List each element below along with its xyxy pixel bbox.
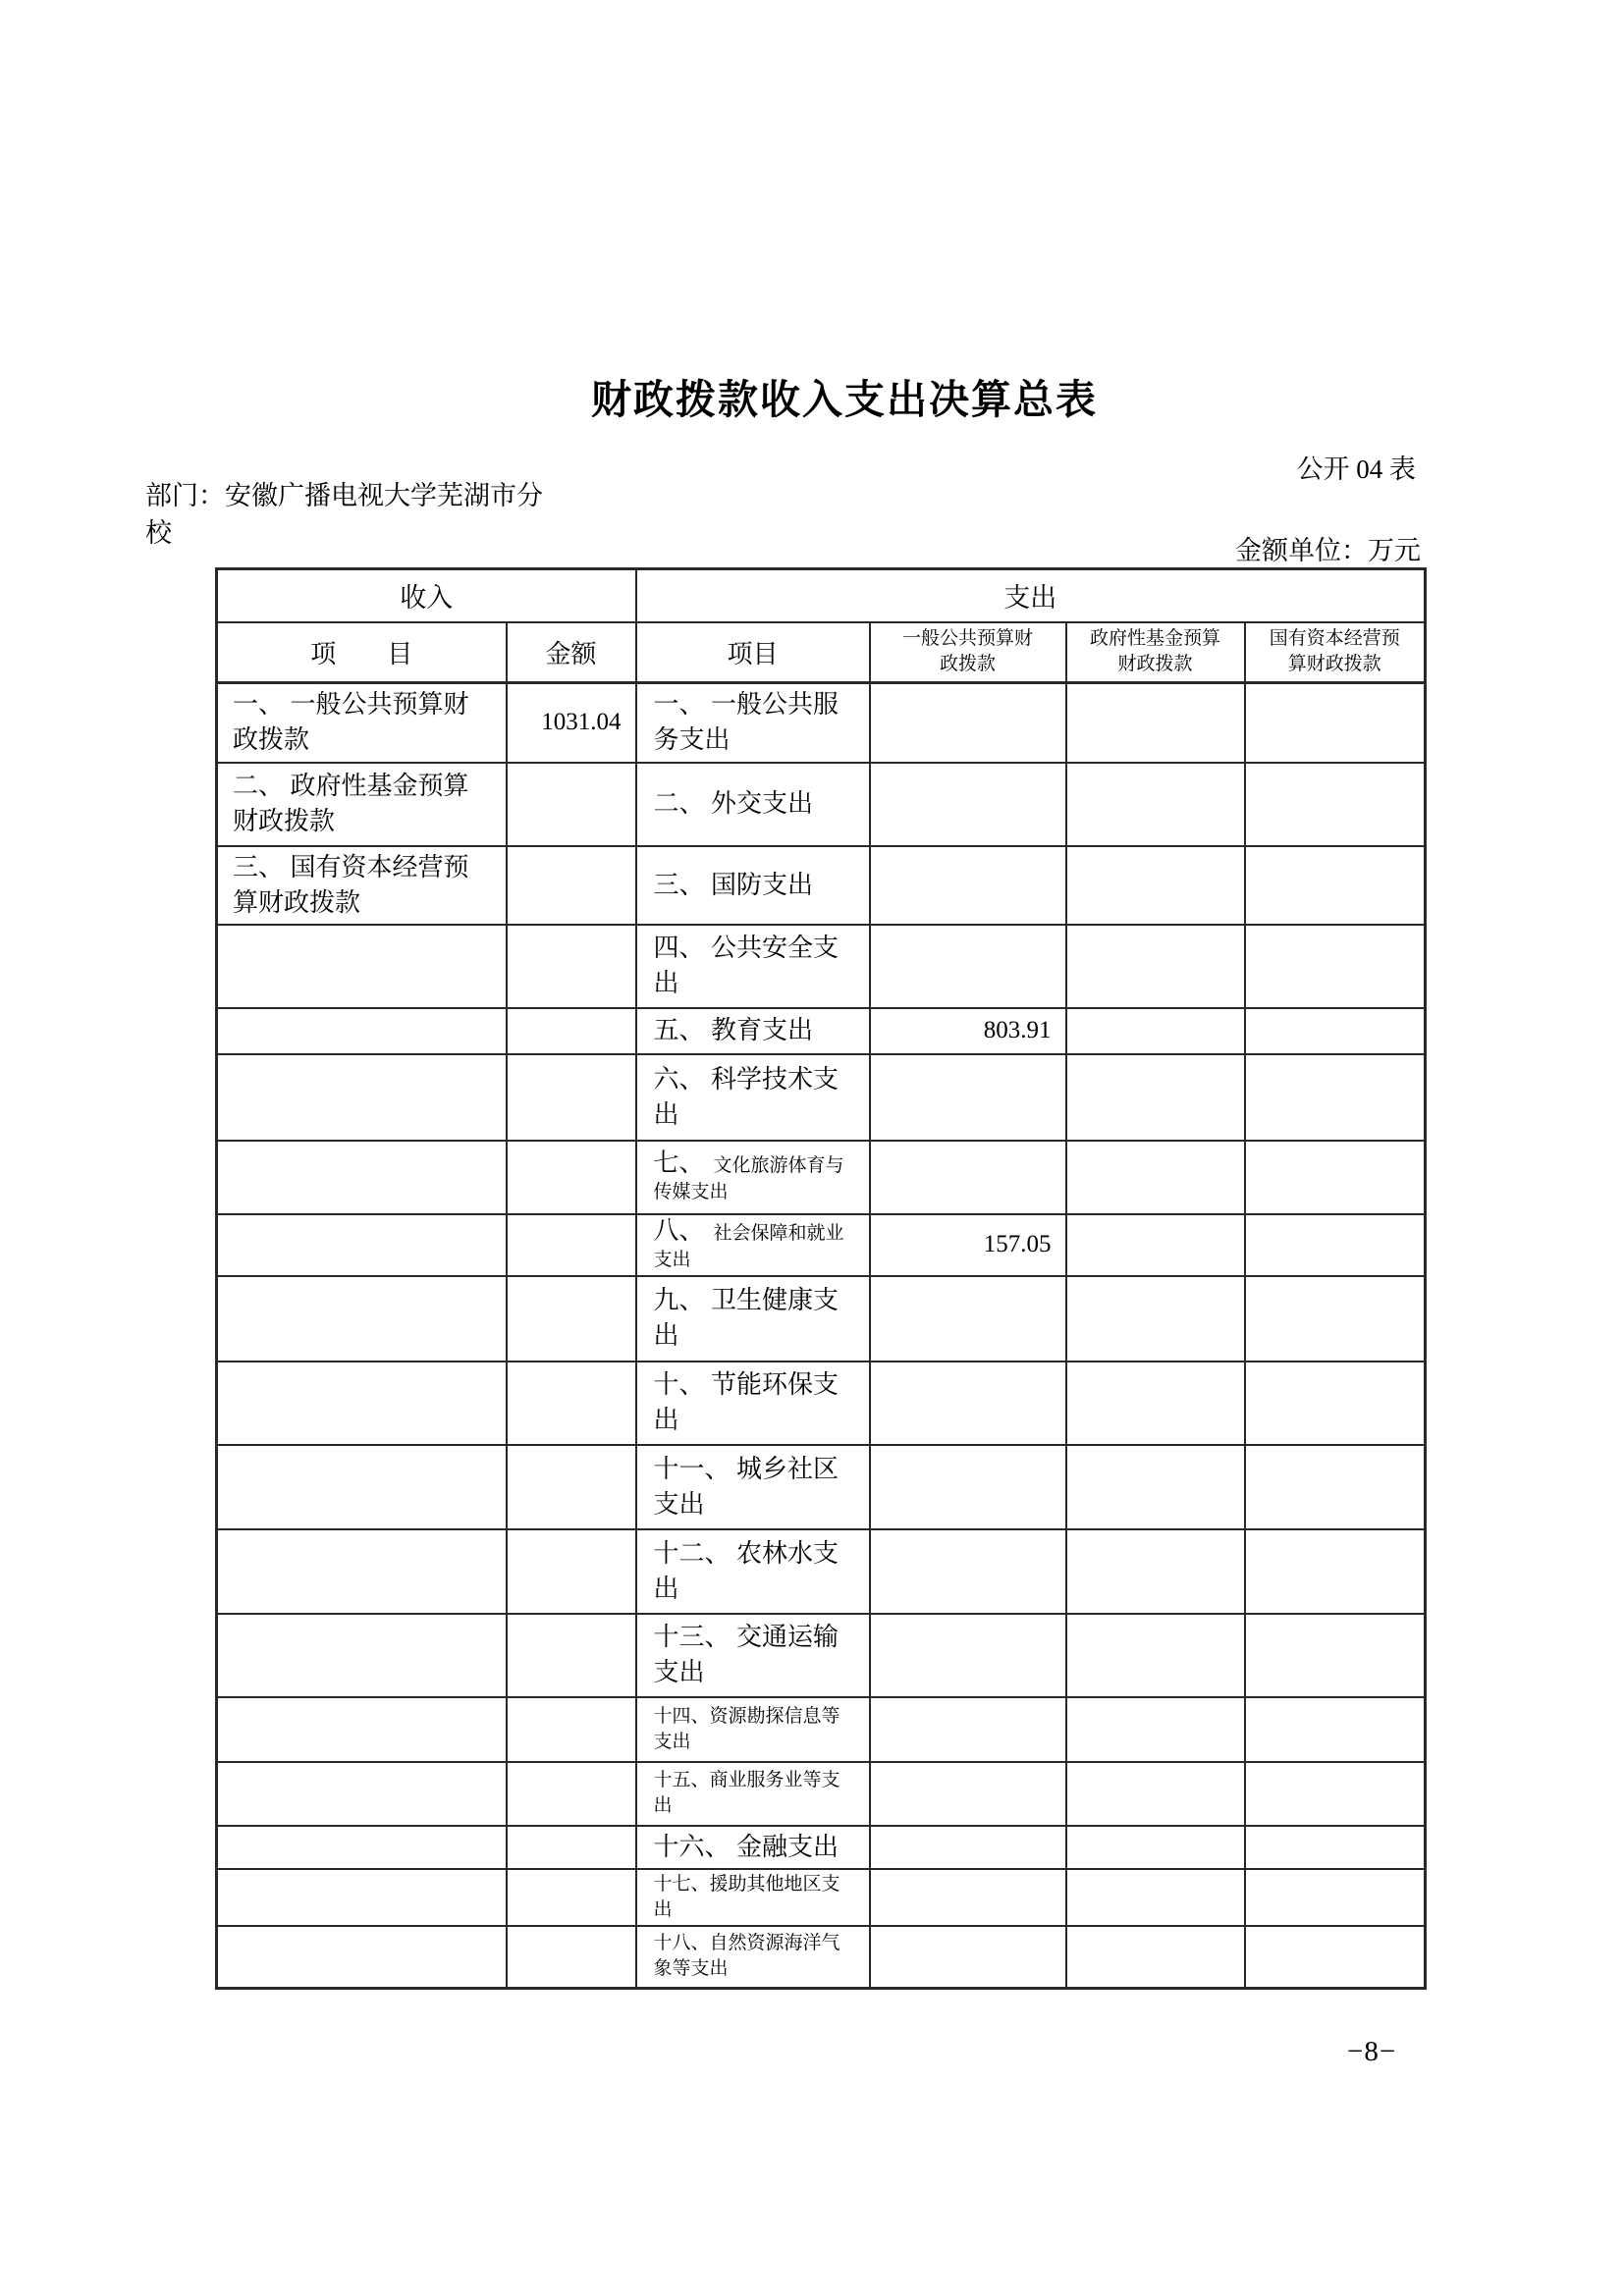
table-row: 九、 卫生健康支出	[217, 1276, 1426, 1362]
expense-amount-fund-cell	[1066, 1445, 1245, 1529]
section-header-row: 收入 支出	[217, 569, 1426, 622]
expense-item-cell: 十七、援助其他地区支出	[636, 1869, 870, 1926]
income-amount-cell	[507, 1276, 636, 1362]
expense-item-ordinal: 八、	[654, 1216, 705, 1245]
income-amount-cell	[507, 1054, 636, 1141]
expense-amount-capital-cell	[1245, 1276, 1426, 1362]
expense-amount-fund-cell	[1066, 1762, 1245, 1826]
expense-amount-fund-cell	[1066, 763, 1245, 846]
expense-item-cell: 十六、 金融支出	[636, 1826, 870, 1869]
expense-amount-capital-cell	[1245, 1214, 1426, 1276]
expense-item-cell: 十四、资源勘探信息等支出	[636, 1697, 870, 1762]
page-title: 财政拨款收入支出决算总表	[65, 367, 1624, 425]
expense-item-cell: 五、 教育支出	[636, 1008, 870, 1054]
expense-item-cell: 九、 卫生健康支出	[636, 1276, 870, 1362]
income-item-cell	[217, 1008, 507, 1054]
expense-amount-fund-cell	[1066, 1276, 1245, 1362]
income-amount-cell	[507, 1529, 636, 1614]
expense-item-cell: 二、 外交支出	[636, 763, 870, 846]
expense-amount-fund-cell	[1066, 1614, 1245, 1697]
expense-amount-general-cell	[870, 1054, 1066, 1141]
income-section-header: 收入	[217, 569, 636, 622]
expense-amount-fund-cell	[1066, 846, 1245, 925]
expense-amount-general-cell	[870, 683, 1066, 763]
table-row: 七、文化旅游体育与传媒支出	[217, 1141, 1426, 1214]
table-row: 四、 公共安全支出	[217, 925, 1426, 1008]
expense-amount-fund-cell	[1066, 1697, 1245, 1762]
expense-amount-fund-cell	[1066, 683, 1245, 763]
expense-amount-capital-cell	[1245, 1054, 1426, 1141]
expense-amount-fund-cell	[1066, 925, 1245, 1008]
expense-amount-fund-cell	[1066, 1926, 1245, 1989]
expense-amount-fund-cell	[1066, 1362, 1245, 1445]
income-amount-cell	[507, 1362, 636, 1445]
income-item-cell: 二、 政府性基金预算财政拨款	[217, 763, 507, 846]
expense-amount-capital-cell	[1245, 1362, 1426, 1445]
expense-amount-fund-cell	[1066, 1008, 1245, 1054]
income-amount-cell	[507, 925, 636, 1008]
budget-table: 收入 支出 项 目 金额 项目 一般公共预算财政拨款 政府性基金预算财政拨款 国…	[215, 567, 1427, 1990]
income-item-cell	[217, 1926, 507, 1989]
table-row: 八、社会保障和就业支出 157.05	[217, 1214, 1426, 1276]
income-item-cell: 一、 一般公共预算财政拨款	[217, 683, 507, 763]
expense-amount-capital-cell	[1245, 1141, 1426, 1214]
table-row: 十一、 城乡社区支出	[217, 1445, 1426, 1529]
table-row: 十四、资源勘探信息等支出	[217, 1697, 1426, 1762]
govt-fund-col-header: 政府性基金预算财政拨款	[1066, 622, 1245, 683]
expense-amount-capital-cell	[1245, 925, 1426, 1008]
income-amount-cell	[507, 1826, 636, 1869]
expense-amount-general-cell	[870, 925, 1066, 1008]
table-code-label: 公开 04 表	[1297, 448, 1417, 486]
expense-item-cell: 六、 科学技术支出	[636, 1054, 870, 1141]
document-page: 财政拨款收入支出决算总表 公开 04 表 部门：安徽广播电视大学芜湖市分校 金额…	[0, 0, 1624, 2296]
general-budget-col-header: 一般公共预算财政拨款	[870, 622, 1066, 683]
expense-amount-fund-cell	[1066, 1054, 1245, 1141]
income-amount-cell: 1031.04	[507, 683, 636, 763]
table-row: 三、 国有资本经营预算财政拨款 三、 国防支出	[217, 846, 1426, 925]
state-capital-col-header: 国有资本经营预算财政拨款	[1245, 622, 1426, 683]
expense-amount-general-cell: 157.05	[870, 1214, 1066, 1276]
expense-item-cell: 八、社会保障和就业支出	[636, 1214, 870, 1276]
expense-amount-capital-cell	[1245, 1869, 1426, 1926]
income-amount-cell	[507, 1214, 636, 1276]
table-row: 十八、自然资源海洋气象等支出	[217, 1926, 1426, 1989]
expense-amount-capital-cell	[1245, 1926, 1426, 1989]
income-item-cell	[217, 1054, 507, 1141]
expense-amount-capital-cell	[1245, 846, 1426, 925]
expense-amount-capital-cell	[1245, 1762, 1426, 1826]
expense-amount-capital-cell	[1245, 1445, 1426, 1529]
expense-item-cell: 十三、 交通运输支出	[636, 1614, 870, 1697]
income-item-cell	[217, 1276, 507, 1362]
expense-amount-capital-cell	[1245, 1614, 1426, 1697]
expense-item-cell: 十一、 城乡社区支出	[636, 1445, 870, 1529]
expense-amount-general-cell	[870, 1826, 1066, 1869]
income-amount-cell	[507, 1141, 636, 1214]
expense-amount-general-cell	[870, 1869, 1066, 1926]
income-amount-cell	[507, 1926, 636, 1989]
expense-amount-general-cell	[870, 846, 1066, 925]
expense-item-cell: 一、 一般公共服务支出	[636, 683, 870, 763]
page-number: −8−	[1347, 2036, 1396, 2068]
expense-amount-general-cell	[870, 763, 1066, 846]
income-item-cell	[217, 1697, 507, 1762]
expense-amount-capital-cell	[1245, 683, 1426, 763]
income-amount-cell	[507, 1614, 636, 1697]
expense-amount-capital-cell	[1245, 1529, 1426, 1614]
expense-item-cell: 十五、商业服务业等支出	[636, 1762, 870, 1826]
table-row: 六、 科学技术支出	[217, 1054, 1426, 1141]
expense-amount-capital-cell	[1245, 763, 1426, 846]
table-row: 十三、 交通运输支出	[217, 1614, 1426, 1697]
expense-amount-fund-cell	[1066, 1529, 1245, 1614]
income-amount-cell	[507, 1697, 636, 1762]
income-amount-cell	[507, 1445, 636, 1529]
expense-item-cell: 十、 节能环保支出	[636, 1362, 870, 1445]
income-amount-col-header: 金额	[507, 622, 636, 683]
income-item-cell	[217, 1362, 507, 1445]
table-row: 十七、援助其他地区支出	[217, 1869, 1426, 1926]
expense-amount-general-cell	[870, 1614, 1066, 1697]
expense-amount-general-cell	[870, 1445, 1066, 1529]
expense-amount-general-cell	[870, 1697, 1066, 1762]
table-row: 十五、商业服务业等支出	[217, 1762, 1426, 1826]
table-row: 十六、 金融支出	[217, 1826, 1426, 1869]
expense-amount-general-cell	[870, 1141, 1066, 1214]
expense-amount-general-cell: 803.91	[870, 1008, 1066, 1054]
income-item-cell	[217, 1141, 507, 1214]
table-row: 十、 节能环保支出	[217, 1362, 1426, 1445]
income-item-cell	[217, 1826, 507, 1869]
expense-item-cell: 三、 国防支出	[636, 846, 870, 925]
expense-amount-capital-cell	[1245, 1826, 1426, 1869]
column-header-row: 项 目 金额 项目 一般公共预算财政拨款 政府性基金预算财政拨款 国有资本经营预…	[217, 622, 1426, 683]
expense-amount-capital-cell	[1245, 1697, 1426, 1762]
income-item-cell	[217, 1214, 507, 1276]
table-row: 五、 教育支出 803.91	[217, 1008, 1426, 1054]
table-row: 二、 政府性基金预算财政拨款 二、 外交支出	[217, 763, 1426, 846]
expense-item-cell: 四、 公共安全支出	[636, 925, 870, 1008]
expense-item-cell: 七、文化旅游体育与传媒支出	[636, 1141, 870, 1214]
income-item-cell	[217, 1529, 507, 1614]
expense-amount-fund-cell	[1066, 1826, 1245, 1869]
table-row: 一、 一般公共预算财政拨款 1031.04 一、 一般公共服务支出	[217, 683, 1426, 763]
income-item-cell	[217, 1762, 507, 1826]
expense-item-cell: 十二、 农林水支出	[636, 1529, 870, 1614]
income-item-cell	[217, 1445, 507, 1529]
expense-item-cell: 十八、自然资源海洋气象等支出	[636, 1926, 870, 1989]
expense-amount-general-cell	[870, 1529, 1066, 1614]
income-item-col-header: 项 目	[217, 622, 507, 683]
expense-item-col-header: 项目	[636, 622, 870, 683]
expense-amount-fund-cell	[1066, 1869, 1245, 1926]
income-amount-cell	[507, 1869, 636, 1926]
income-amount-cell	[507, 763, 636, 846]
income-amount-cell	[507, 1762, 636, 1826]
income-item-cell: 三、 国有资本经营预算财政拨款	[217, 846, 507, 925]
expense-amount-general-cell	[870, 1276, 1066, 1362]
expense-amount-fund-cell	[1066, 1141, 1245, 1214]
expense-amount-capital-cell	[1245, 1008, 1426, 1054]
income-item-cell	[217, 1614, 507, 1697]
expense-amount-general-cell	[870, 1926, 1066, 1989]
income-item-cell	[217, 1869, 507, 1926]
income-amount-cell	[507, 846, 636, 925]
expense-amount-general-cell	[870, 1362, 1066, 1445]
income-item-cell	[217, 925, 507, 1008]
income-amount-cell	[507, 1008, 636, 1054]
expense-amount-fund-cell	[1066, 1214, 1245, 1276]
expense-amount-general-cell	[870, 1762, 1066, 1826]
expense-item-ordinal: 七、	[654, 1148, 705, 1177]
amount-unit-label: 金额单位：万元	[1235, 529, 1421, 567]
department-label: 部门：安徽广播电视大学芜湖市分校	[145, 477, 550, 552]
table-row: 十二、 农林水支出	[217, 1529, 1426, 1614]
expense-section-header: 支出	[636, 569, 1426, 622]
